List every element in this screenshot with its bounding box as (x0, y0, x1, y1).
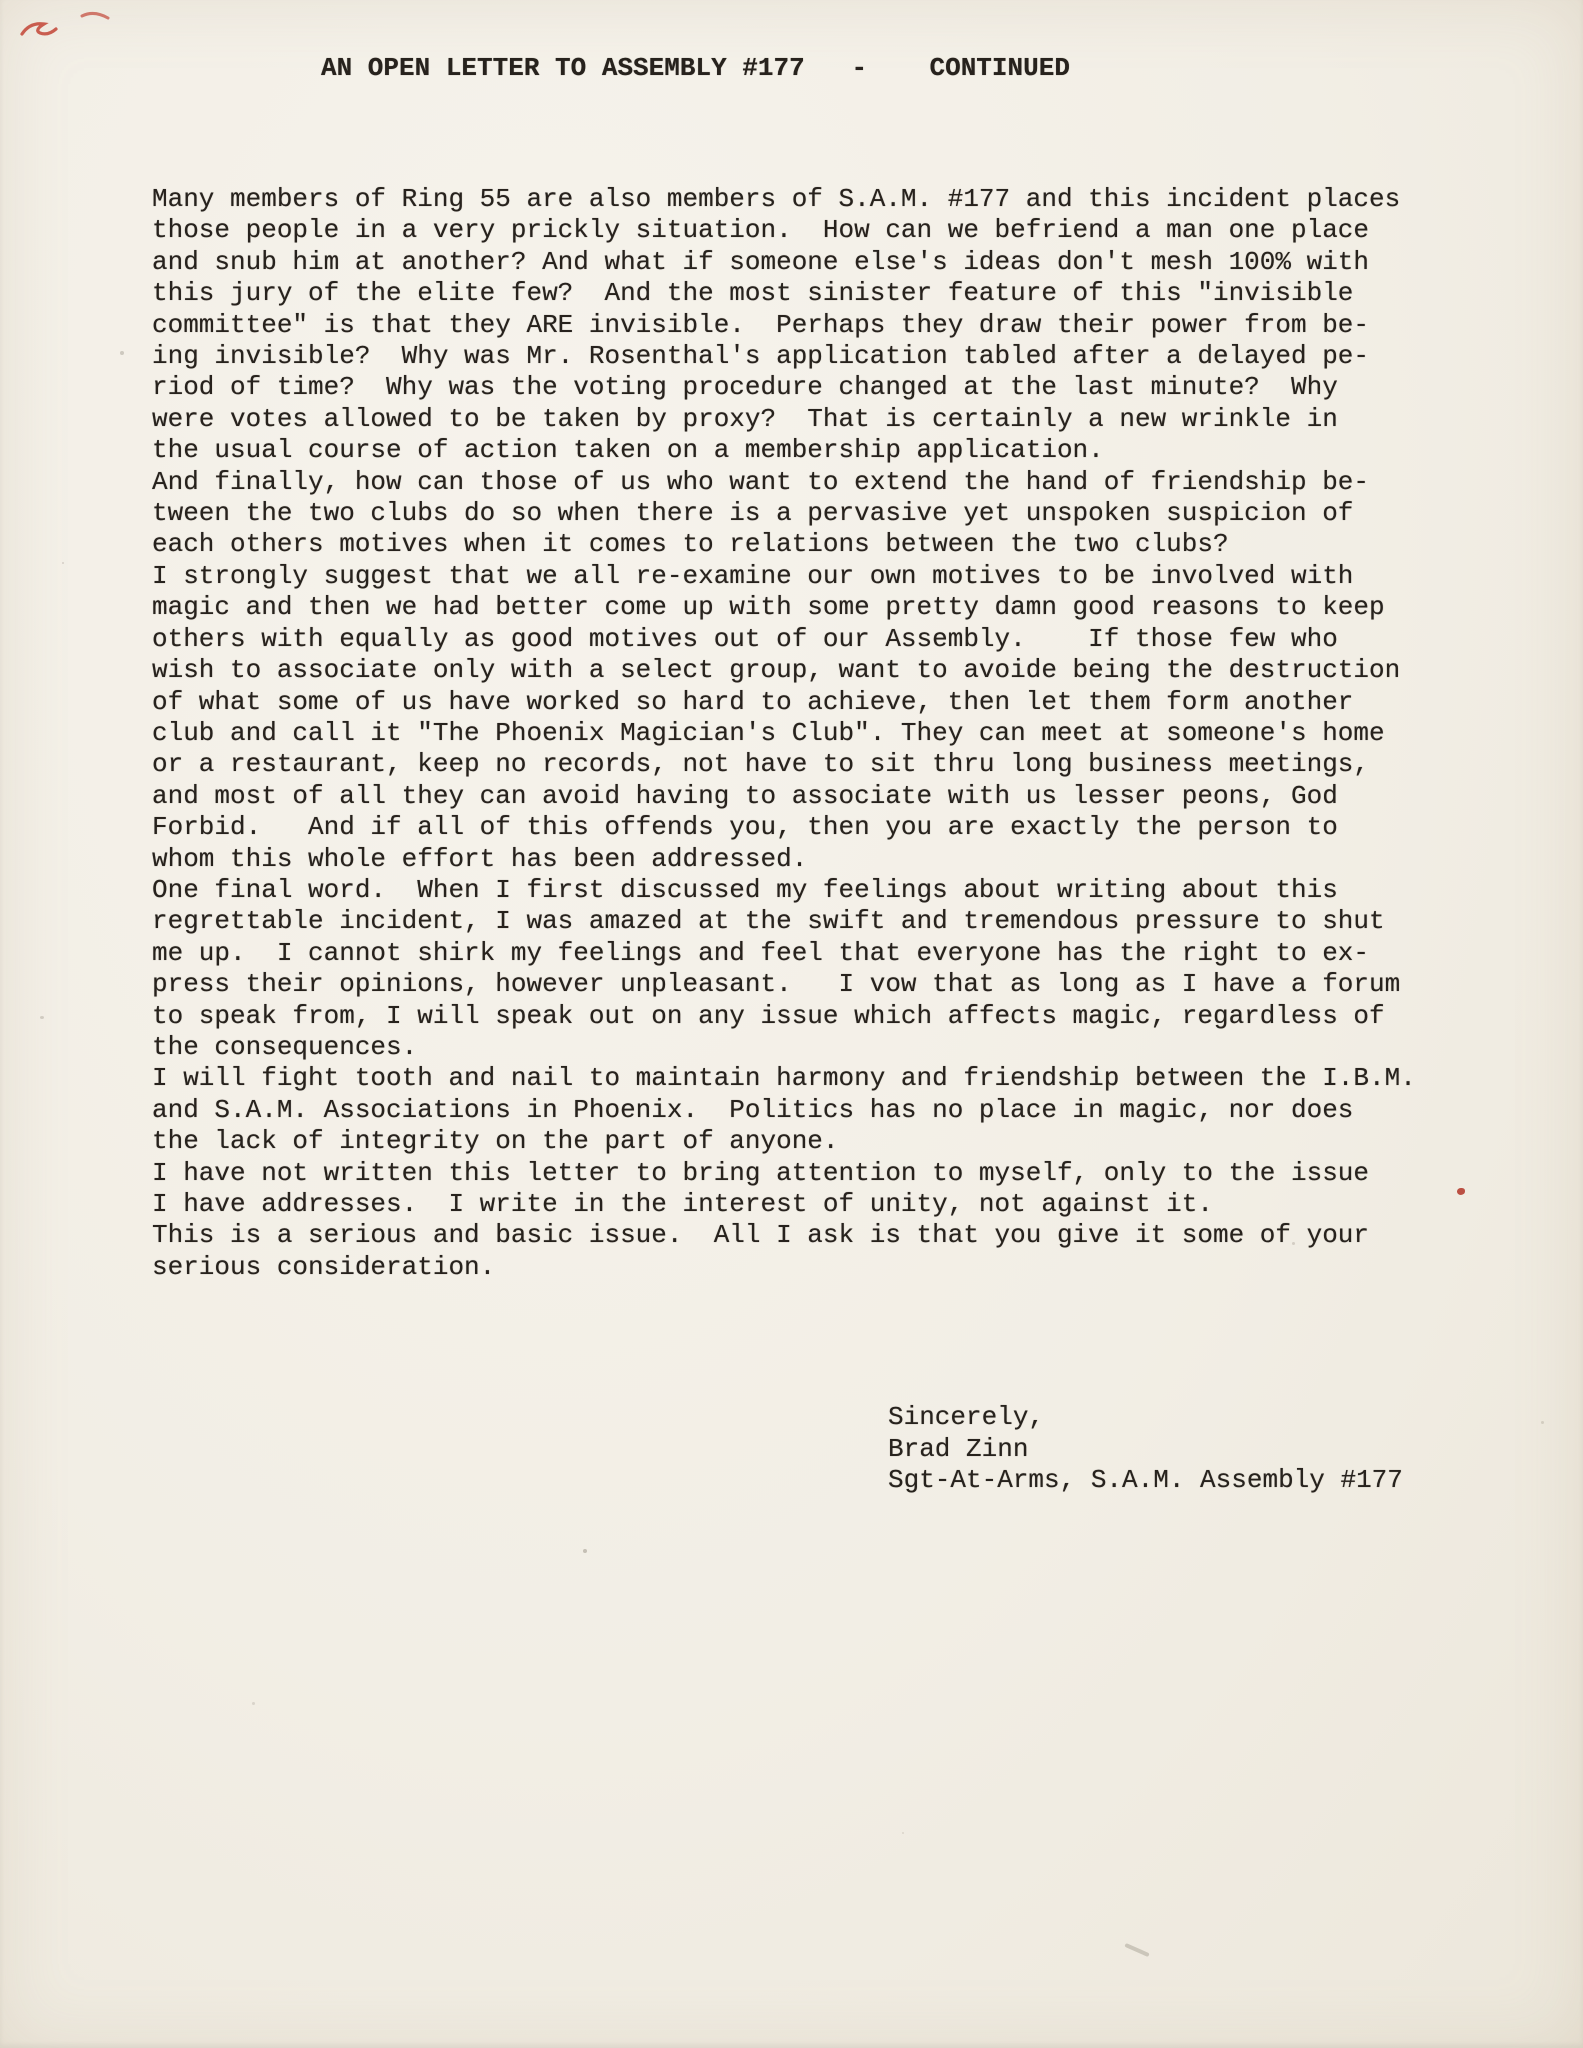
letter-line: riod of time? Why was the voting procedu… (152, 372, 1416, 403)
letter-line: and snub him at another? And what if som… (152, 247, 1416, 278)
paper-speck (1292, 1242, 1295, 1245)
letter-line: club and call it "The Phoenix Magician's… (152, 718, 1416, 749)
letter-line: each others motives when it comes to rel… (152, 529, 1416, 560)
page-title: AN OPEN LETTER TO ASSEMBLY #177 - CONTIN… (321, 53, 1070, 84)
letter-line: of what some of us have worked so hard t… (152, 687, 1416, 718)
letter-line: press their opinions, however unpleasant… (152, 969, 1416, 1000)
letter-line: I strongly suggest that we all re-examin… (152, 561, 1416, 592)
letter-line: wish to associate only with a select gro… (152, 655, 1416, 686)
letter-line: One final word. When I first discussed m… (152, 875, 1416, 906)
letter-line: others with equally as good motives out … (152, 624, 1416, 655)
letter-line: and most of all they can avoid having to… (152, 781, 1416, 812)
letter-line: the usual course of action taken on a me… (152, 435, 1416, 466)
letter-line: me up. I cannot shirk my feelings and fe… (152, 938, 1416, 969)
letter-line: I have addresses. I write in the interes… (152, 1189, 1416, 1220)
signature-block: Sincerely, Brad Zinn Sgt-At-Arms, S.A.M.… (888, 1402, 1403, 1497)
red-pen-mark-icon (8, 4, 128, 54)
letter-line: tween the two clubs do so when there is … (152, 498, 1416, 529)
signature-name: Brad Zinn (888, 1434, 1403, 1466)
paper-speck (120, 351, 124, 355)
letter-line: Forbid. And if all of this offends you, … (152, 812, 1416, 843)
paper-speck (40, 1016, 44, 1019)
red-ink-dot (1457, 1188, 1465, 1195)
letter-line: the consequences. (152, 1032, 1416, 1063)
paper-speck (1541, 1421, 1544, 1424)
letter-body: Many members of Ring 55 are also members… (152, 184, 1416, 1283)
letter-line: to speak from, I will speak out on any i… (152, 1001, 1416, 1032)
letter-line: whom this whole effort has been addresse… (152, 844, 1416, 875)
letter-line: and S.A.M. Associations in Phoenix. Poli… (152, 1095, 1416, 1126)
letter-line: ing invisible? Why was Mr. Rosenthal's a… (152, 341, 1416, 372)
letter-line: And finally, how can those of us who wan… (152, 467, 1416, 498)
paper-speck (902, 1832, 904, 1834)
letter-line: magic and then we had better come up wit… (152, 592, 1416, 623)
letter-line: Many members of Ring 55 are also members… (152, 184, 1416, 215)
letter-line: I will fight tooth and nail to maintain … (152, 1063, 1416, 1094)
letter-line: committee" is that they ARE invisible. P… (152, 310, 1416, 341)
letter-line: the lack of integrity on the part of any… (152, 1126, 1416, 1157)
signature-closing: Sincerely, (888, 1402, 1403, 1434)
letter-line: This is a serious and basic issue. All I… (152, 1220, 1416, 1251)
page: { "header": { "title_line": "AN OPEN LET… (0, 0, 1583, 2048)
letter-line: this jury of the elite few? And the most… (152, 278, 1416, 309)
letter-line: were votes allowed to be taken by proxy?… (152, 404, 1416, 435)
letter-line: regrettable incident, I was amazed at th… (152, 906, 1416, 937)
paper-speck (252, 1702, 255, 1705)
paper-speck (62, 562, 64, 564)
letter-page: AN OPEN LETTER TO ASSEMBLY #177 - CONTIN… (0, 0, 1583, 2048)
letter-line: or a restaurant, keep no records, not ha… (152, 749, 1416, 780)
paper-speck (583, 1549, 587, 1553)
scan-smudge (1124, 1943, 1149, 1957)
letter-line: those people in a very prickly situation… (152, 215, 1416, 246)
letter-line: serious consideration. (152, 1252, 1416, 1283)
signature-role: Sgt-At-Arms, S.A.M. Assembly #177 (888, 1465, 1403, 1497)
letter-line: I have not written this letter to bring … (152, 1158, 1416, 1189)
